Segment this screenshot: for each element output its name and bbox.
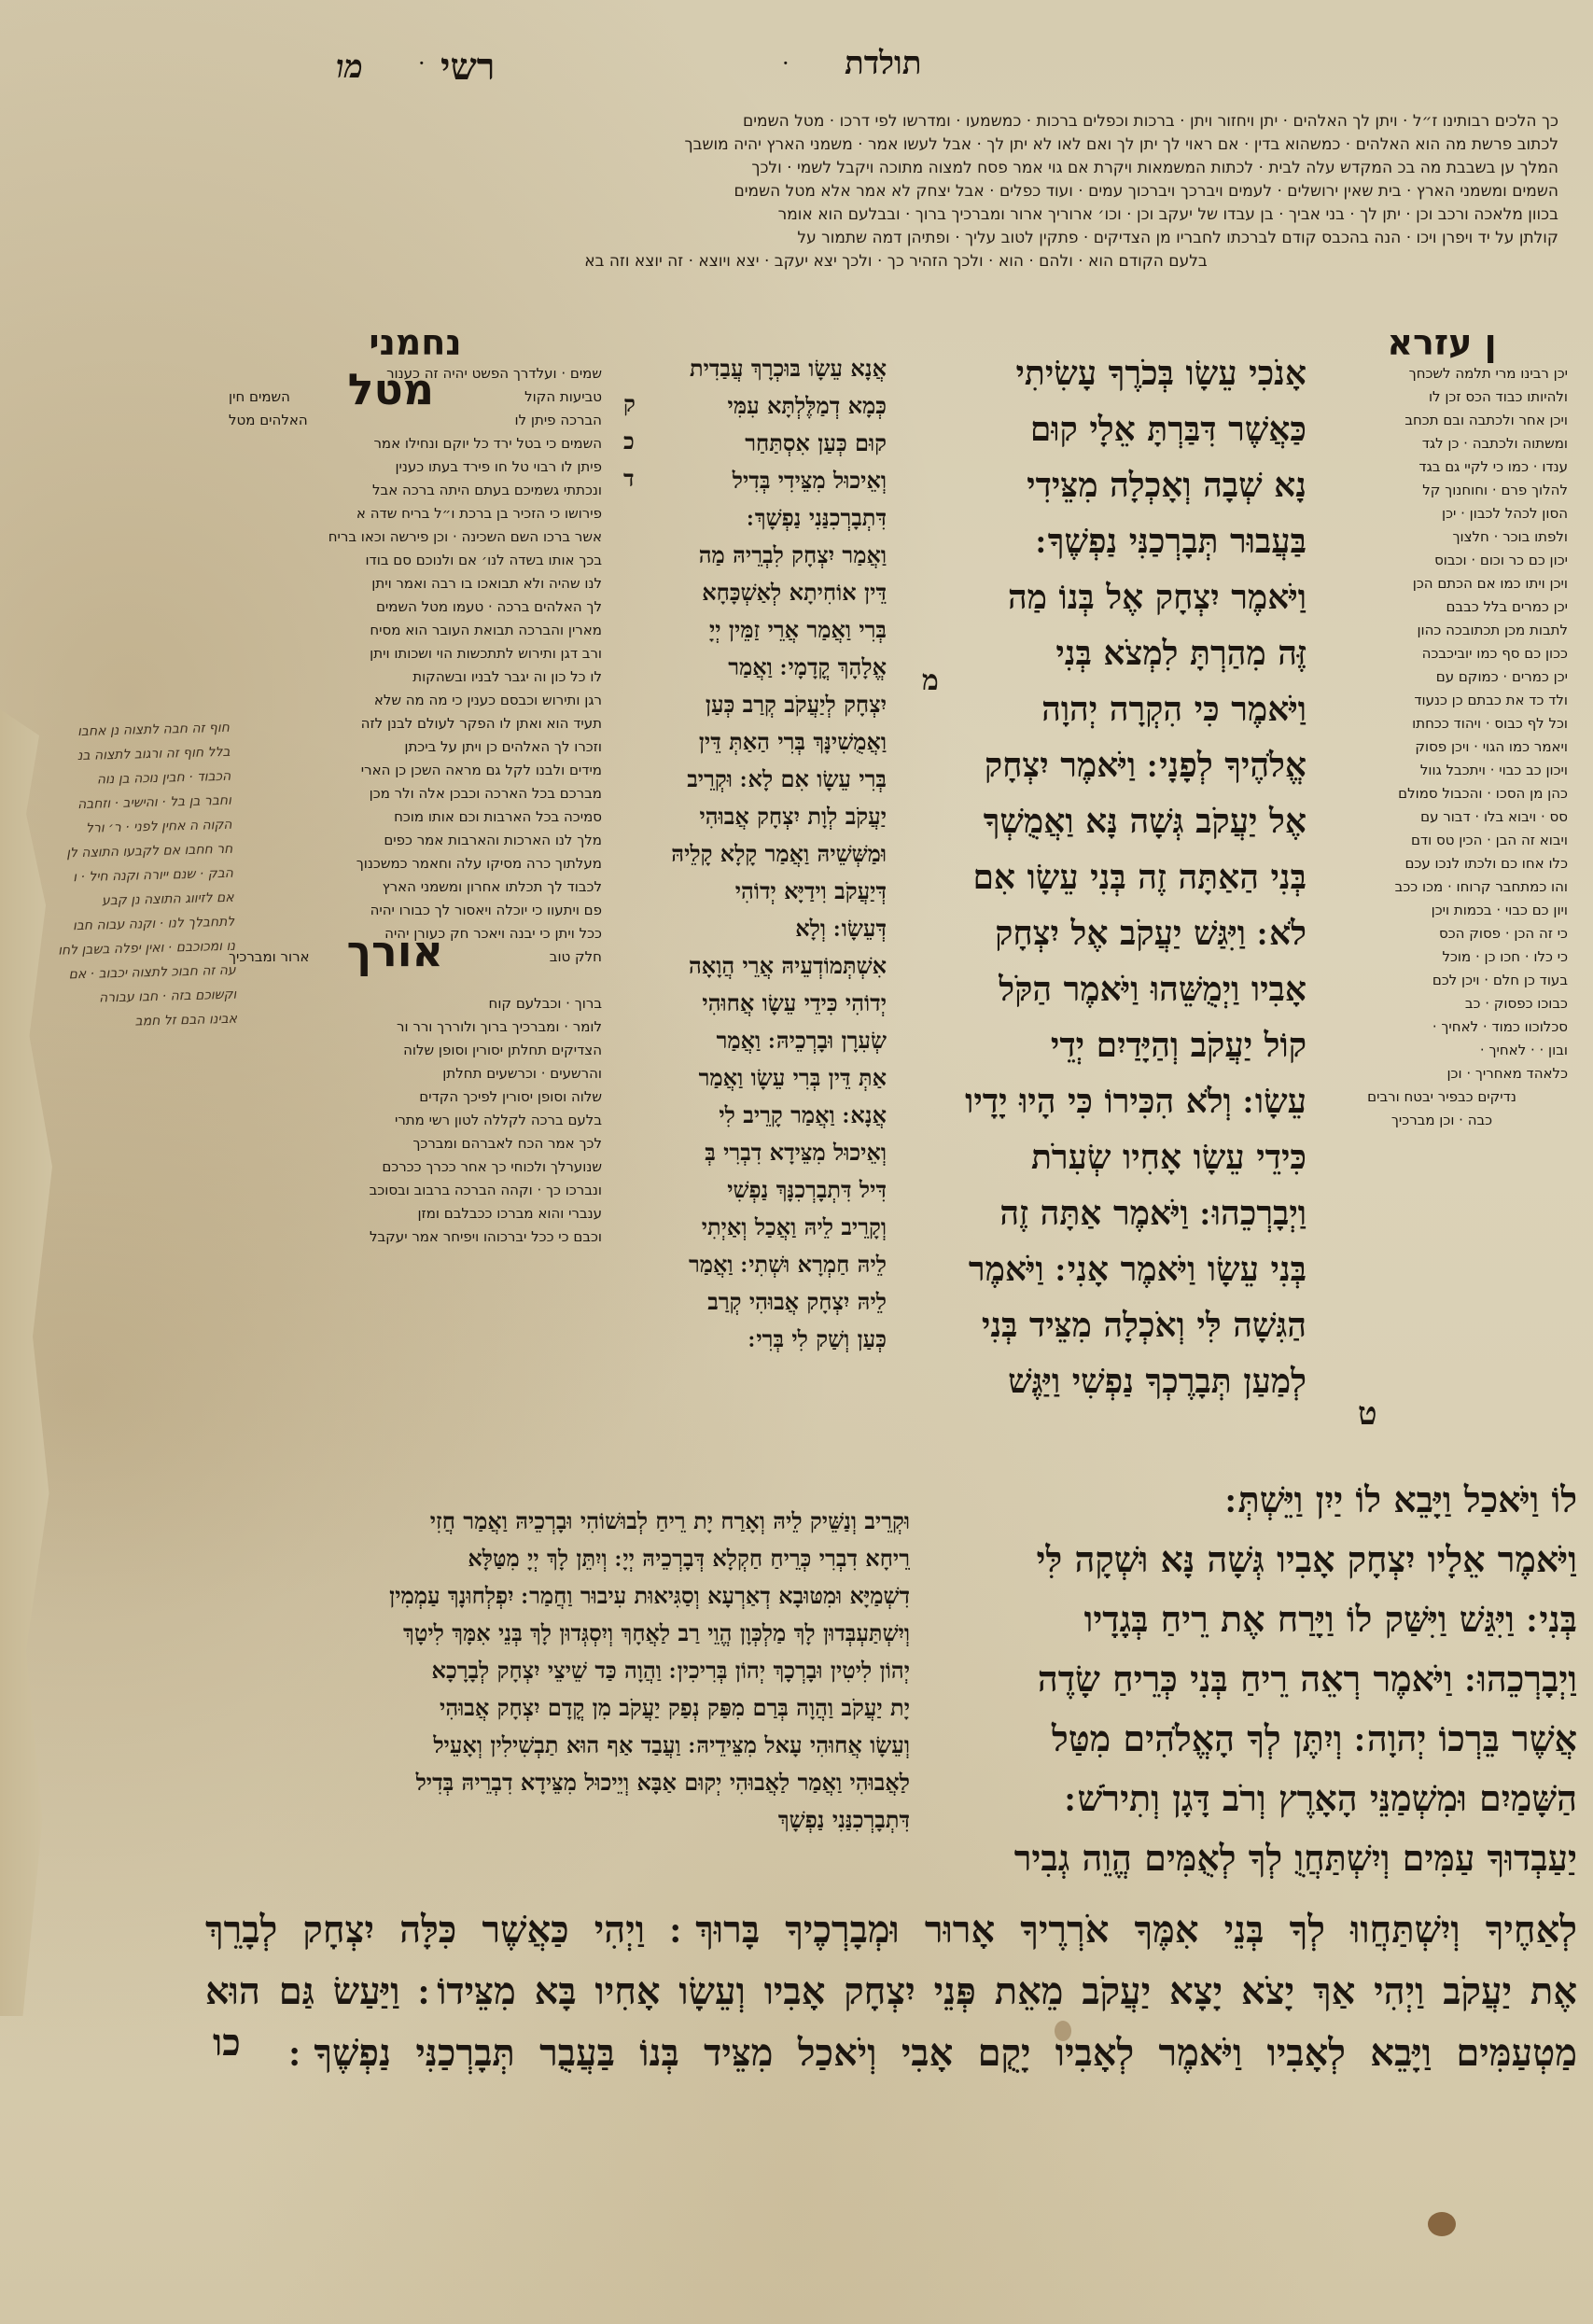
ibn-ezra-line: ויון כם כבוי · בכמות ויכן <box>1316 899 1568 922</box>
torah-line: לְאַחֶיךָ וְיִשְׁתַּחֲווּ לְךָ בְּנֵי אִ… <box>205 1899 1577 1961</box>
torah-line: וַיֹּאמֶר כִּי הִקְרָה יְהוָה <box>896 681 1307 737</box>
ibn-ezra-line: כלו אחו כם ולכתו לנכו עכם <box>1316 852 1568 875</box>
ramban-line: לך האלהים ברכה · טעמו מטל השמים <box>229 595 602 619</box>
onkelos-line: לֵיהּ חַמְרָא וּשְׁתִי ׃ וַאֲמַר <box>616 1246 887 1283</box>
onkelos-line: דֵּין אוֹחִיתָא לְאַשְׁכָּחָא <box>616 574 887 611</box>
ramban-line: טביעות הקול <box>524 385 602 409</box>
onkelos-line: כְּעַן וְשַׁק לִי בְּרִי ׃ <box>616 1321 887 1358</box>
ramban-line: ענברי והוא מברכו ככבלבם ומזן <box>229 1202 602 1225</box>
ramban-line: מעלתוך כרה מסיקו עלה וחאמר כמשכנוך <box>229 852 602 875</box>
torah-line: עֵשָׂו ׃ וְלֹא הִכִּירוֹ כִּי הָיוּ יָדָ… <box>896 1073 1307 1129</box>
ramban-line: מידים ולבנו לקל גם מראה השכן כן הארי <box>229 759 602 782</box>
ramban-header: נחמני <box>229 331 602 355</box>
ibn-ezra-line: יכן כמרים · כמוקם עם <box>1316 665 1568 689</box>
ramban-line: והרשעים · וכרשעים תחלתן <box>229 1062 602 1085</box>
onkelos-line: וְאֵיכוּל מִצֵּידָא דִבְרִי בְּ <box>616 1134 887 1171</box>
ibn-ezra-line: להלוך פרם · וחוחנוך קל <box>1316 479 1568 502</box>
ramban-line: ונכתתי גשמיכם בעתם היתה ברכה אבל <box>229 479 602 502</box>
ibn-ezra-line: ויאמר כמו הגוי · ויכן פסוק <box>1316 735 1568 759</box>
ibn-ezra-line: ויבוא זה הבן · הכין טס ודם <box>1316 829 1568 852</box>
ramban-line: לו כל כון וה יגבר לבניו ובשהקות <box>229 665 602 689</box>
onkelos-line: רֵיחָא דִבְרִי כְּרֵיחַ חַקְלָא דְּבָרְכ… <box>229 1540 910 1577</box>
handwritten-margin-note: חוף זה חבה לתצוה נן אחבו בלל חוף זה ורגו… <box>0 716 237 1037</box>
separator-dot: · <box>418 50 426 77</box>
ibn-ezra-line: כי כלו · חכו כן · מוכל <box>1316 945 1568 969</box>
onkelos-line: שְׂעִרָן וּבָרְכֵיהּ ׃ וַאֲמַר <box>616 1022 887 1059</box>
onkelos-line: וַאֲמֻשִׁינָּךְ בְּרִי הַאַתְּ דֵּין <box>616 723 887 761</box>
torah-line: אֶת יַעֲקֹב וַיְהִי אַךְ יָצֹא יָצָא יַע… <box>205 1961 1577 2023</box>
rashi-line: כך הלכים רבותינו ז״ל · ויתן לך האלהים · … <box>233 110 1558 133</box>
torah-line: אָבִיו וַיְמֻשֵּׁהוּ וַיֹּאמֶר הַקֹּל <box>896 961 1307 1017</box>
onkelos-line: וְעֵשָׂו אֲחוּהִי עָאל מִצֵּידֵיהּ ׃ וַע… <box>229 1727 910 1764</box>
ramban-line: ברוך · וכבלעם קוח <box>229 992 602 1015</box>
torah-line: כַּאֲשֶׁר דִּבַּרְתָּ אֵלָי קוּם <box>896 401 1307 457</box>
ramban-lemma-large: אורך <box>346 940 443 963</box>
ibn-ezra-line: ויכון כב כבוי · ויתכבל גוול <box>1316 759 1568 782</box>
torah-line: זֶּה מִהַרְתָּ לִמְצֹא בְּנִי <box>896 625 1307 681</box>
ibn-ezra-line: סכלוכוו כמוד · לאחיך · <box>1316 1015 1568 1039</box>
ibn-ezra-line: והו כמתחבר קרוחו · מכו ככב <box>1316 875 1568 899</box>
ibn-ezra-line: בעוד כן חלם · ויכן לכם <box>1316 969 1568 992</box>
torah-line: וַיֹּאמֶר יִצְחָק אֶל בְּנוֹ מַה <box>896 569 1307 625</box>
ramban-column: נחמני שמים · ועלדרך הפשט יהיה זה כענור ט… <box>229 331 602 1249</box>
torah-text-column: אָנֹכִי עֵשָׂו בְּכֹרֶךָ עָשִׂיתִי כַּאֲ… <box>896 345 1307 1409</box>
ink-stain <box>1055 2021 1071 2041</box>
ramban-line: פירושו כי הזכיר בן ברכת ו״ל בריח שדה א <box>229 502 602 525</box>
ramban-line: לנו שהיה ולא תבואכו בו רבה ואמר ויתן <box>229 572 602 595</box>
ramban-line: ונברכו כך · וקהה הברכה ברבוב ובסוכב <box>229 1179 602 1202</box>
onkelos-line: אַתְּ דֵּין בְּרִי עֵשָׂו וַאֲמַר <box>616 1059 887 1097</box>
onkelos-line: דְּיַעֲקֹב וִידַיָּא יְדוֹהִי <box>616 873 887 910</box>
ramban-line: פם ויתעוו כי יוכלה ויאסור לך כבורו יהיה <box>229 899 602 922</box>
onkelos-line: כְּמָא דְמַלֶּלְתָּא עִמִּי <box>616 387 887 425</box>
ramban-line: מברכם בכל הארכה וכבכן אלה ולר מכן <box>229 782 602 805</box>
ramban-line: רגן ותירוש וכבסם כענין כי מה מה שלא <box>229 689 602 712</box>
ibn-ezra-line: ויכן אחר ולכתבה ובם תכחב <box>1316 409 1568 432</box>
onkelos-line: אֲנָא ׃ וַאֲמַר קָרֵיב לִי <box>616 1097 887 1134</box>
ibn-ezra-line: ולפתו בוכר · חלצוך <box>1316 525 1568 549</box>
torah-line: נָא שְׁבָה וְאָכְלָה מִצֵּידִי <box>896 457 1307 513</box>
ibn-ezra-line: כלאהד מאחריך · וכן <box>1316 1062 1568 1085</box>
ibn-ezra-line: כי זה הכן · פסוק הכס <box>1316 922 1568 945</box>
ramban-line: הצדיקים תחלתן יסורין וסופן שלוה <box>229 1039 602 1062</box>
side-marker: ד <box>623 465 635 493</box>
separator-dot: · <box>782 50 790 77</box>
torah-line: מַטְעַמִּים וַיָּבֵא לְאָבִיו וַיֹּאמֶר … <box>205 2023 1577 2084</box>
ramban-line: אשר ברכו השם השכינה · וכן פירשה וכאו ברי… <box>229 525 602 549</box>
onkelos-line: וּמַשְּׁשֵׁיהּ וַאֲמַר קָלָא קָלֵיהּ <box>616 835 887 873</box>
verse-marker: כו <box>213 2021 241 2065</box>
ibn-ezra-line: ענדו · כמו כי לקיי גם בגד <box>1316 455 1568 479</box>
ibn-ezra-line: ויכן ויתו כמו אם הכתם הכן <box>1316 572 1568 595</box>
ramban-line: תעיד הוא ואתן לו הפקר לעולם לבנן לזה <box>229 712 602 735</box>
torah-line: בְּנִי ׃ וַיִּגַּשׁ וַיִּשַּׁק לוֹ וַיָּ… <box>910 1589 1577 1649</box>
onkelos-line: אֱלָהָךְ קֳדָמָי ׃ וַאֲמַר <box>616 649 887 686</box>
torah-line: לְמַעַן תְּבָרֶכְךָ נַפְשִׁי וַיַּגֶּשׁ <box>896 1353 1307 1409</box>
onkelos-line: וְקָרֵיב לֵיהּ וַאֲכַל וְאַיְתִי <box>616 1209 887 1246</box>
ramban-line: מלך לנו הארכות והארבות אמר כפים <box>229 829 602 852</box>
ibn-ezra-line: כבה · וכן מברכיך <box>1316 1109 1568 1132</box>
onkelos-line: וַאֲמַר יִצְחָק לִבְרֵיהּ מַה <box>616 537 887 574</box>
ibn-ezra-line: כהן מן הסכו · והכבול סמולם <box>1316 782 1568 805</box>
onkelos-line: וּקְרֵיב וְנַשֵּׁיק לֵיהּ וְאָרַח יָת רֵ… <box>229 1503 910 1540</box>
torah-line: בְּנִי עֵשָׂו וַיֹּאמֶר אָנִי ׃ וַיֹּאמֶ… <box>896 1241 1307 1297</box>
ibn-ezra-line: ולהיותו כבוד הכס זכן לו <box>1316 385 1568 409</box>
masorah-marker: מ <box>922 665 939 697</box>
onkelos-line: דְּעֵשָׂו ׃ וְלָא <box>616 910 887 947</box>
manuscript-page: תולדת · רשי · מו כך הלכים רבותינו ז״ל · … <box>0 0 1593 2324</box>
ramban-line: שנוערלך ולכוחי כך אחר ככרך ככרכם <box>229 1155 602 1179</box>
ramban-line: הברכה פיתן לו <box>515 409 603 432</box>
torah-line: כִּידֵי עֵשָׂו אָחִיו שְׂעִרֹת <box>896 1129 1307 1185</box>
ramban-line: וכבם כי ככל יברכוהו ויפיחר אמר יעקבל <box>229 1225 602 1249</box>
torah-line: הַגִּשָׁה לִּי וְאֹכְלָה מִצֵּיד בְּנִי <box>896 1297 1307 1353</box>
section-marker: ט <box>1358 1395 1377 1433</box>
ramban-line: לכך אמר הכח לאברהם ומברכך <box>229 1132 602 1155</box>
ibn-ezra-line: לתבות מכן תכתובכה כהון <box>1316 619 1568 642</box>
ibn-ezra-line: ובון · · לאחיך · <box>1316 1039 1568 1062</box>
onkelos-line: לַאֲבוּהִי וַאֲמַר לַאֲבוּהִי יְקוּם אַב… <box>229 1764 910 1801</box>
torah-wide-block: לְאַחֶיךָ וְיִשְׁתַּחֲווּ לְךָ בְּנֵי אִ… <box>205 1899 1577 2084</box>
rashi-line: השמים ומשמני הארץ · בית שאין ירושלים · ל… <box>233 180 1558 203</box>
ramban-line: לכבוד לך תכלתו אחרון ומשמני הארץ <box>229 875 602 899</box>
rashi-line: המלך ען בשבבת מה בכ המקדש עלה לבית · לכת… <box>233 157 1558 180</box>
onkelos-line: קוּם כְּעַן אִסְתַּחַר <box>616 425 887 462</box>
ibn-ezra-line: יכן רבינו מרי תלמה לשכחך <box>1316 362 1568 385</box>
margin-note-line: אבינו הבם זל חמב <box>4 1007 238 1038</box>
ibn-ezra-column: ן עזרא יכן רבינו מרי תלמה לשכחך ולהיותו … <box>1316 331 1568 1132</box>
rashi-commentary-block: כך הלכים רבותינו ז״ל · ויתן לך האלהים · … <box>233 110 1558 273</box>
onkelos-line: יָת יַעֲקֹב וַהֲוָה בְּרַם מִפַּק נְפַק … <box>229 1689 910 1727</box>
onkelos-line: דִּתְבָרְכִנַּנִי נַפְשָׁךְ ׃ <box>616 499 887 537</box>
rashi-line: בכוון מלאכה ורכב וכן · יתן לך · בני אביך… <box>233 203 1558 227</box>
ramban-line: סמיכה בכל הארבות וכם אותו מוכח <box>229 805 602 829</box>
torah-line: אֲשֶׁר בֵּרְכוֹ יְהוָה ׃ וְיִתֶּן לְךָ ה… <box>910 1709 1577 1769</box>
folio-number: מו <box>336 49 363 86</box>
ibn-ezra-line: ולד כד את כבתם כן כנעוד <box>1316 689 1568 712</box>
torah-line: וַיֹּאמֶר אֵלָיו יִצְחָק אָבִיו גְּשָׁה … <box>910 1530 1577 1589</box>
onkelos-line: יְדוֹהִי כִּידֵי עֵשָׂו אֲחוּהִי <box>616 985 887 1022</box>
onkelos-line: דִּתְבָרְכִנַּנִי נַפְשָׁךְ <box>229 1801 910 1839</box>
ramban-line: בכך אותו בשדה לנו׳ אם ולנוכם סם בודו <box>229 549 602 572</box>
onkelos-line: וְיִשְׁתַּעְבְּדוּן לָךְ מַלְכְּוָן הֱוֵ… <box>229 1615 910 1652</box>
onkelos-line: וְאֵיכוּל מִצֵּידִי בְּדִיל <box>616 462 887 499</box>
torah-line: בְּנִי הַאַתָּה זֶה בְּנִי עֵשָׂו אִם <box>896 849 1307 905</box>
torah-line: וַיְבָרְכֵהוּ ׃ וַיֹּאמֶר רְאֵה רֵיחַ בְ… <box>910 1649 1577 1709</box>
onkelos-line: בְּרִי וַאֲמַר אֲרֵי זַמֵּין יְיָ <box>616 611 887 649</box>
torah-line: לֹא ׃ וַיִּגַּשׁ יַעֲקֹב אֶל יִצְחָק <box>896 905 1307 961</box>
ibn-ezra-line: ככון כם סף כמו יוביכבכה <box>1316 642 1568 665</box>
torah-line: קוֹל יַעֲקֹב וְהַיָּדַיִם יְדֵי <box>896 1017 1307 1073</box>
torah-line: אָנֹכִי עֵשָׂו בְּכֹרֶךָ עָשִׂיתִי <box>896 345 1307 401</box>
ibn-ezra-line: יכן כמרים בלל כבבם <box>1316 595 1568 619</box>
torah-line: אֱלֹהֶיךָ לְפָנָי ׃ וַיֹּאמֶר יִצְחָק <box>896 737 1307 793</box>
torah-line: הַשָּׁמַיִם וּמִשְׁמַנֵּי הָאָרֶץ וְרֹב … <box>910 1769 1577 1828</box>
side-marker: ק <box>623 390 636 418</box>
ibn-ezra-line: כבוכו כפסוק · כב <box>1316 992 1568 1015</box>
torah-line: לוֹ וַיֹּאכַל וַיָּבֵא לוֹ יַיִן וַיֵּשְ… <box>910 1470 1577 1530</box>
torah-line: יַעַבְדוּךָ עַמִּים וְיִשְׁתַּחֲוֻ לְךָ … <box>910 1828 1577 1888</box>
torah-line: בַּעֲבוּר תְּבָרְכַנִּי נַפְשֶׁךָ ׃ <box>896 513 1307 569</box>
running-head: תולדת · רשי · מו <box>336 45 989 91</box>
rashi-line: קולתן על יד ויפרן ויכו · הנה בהכבס קודם … <box>233 227 1558 250</box>
torah-line: אֶל יַעֲקֹב גְּשָׁה נָּא וַאֲמֻשְׁךָ <box>896 793 1307 849</box>
commentary-title: רשי <box>440 45 495 89</box>
torah-lower-block: לוֹ וַיֹּאכַל וַיָּבֵא לוֹ יַיִן וַיֵּשְ… <box>910 1470 1577 1888</box>
rashi-line: לכתוב פרשת מה הוא האלהים · כמשהוא בדין ·… <box>233 133 1558 157</box>
ibn-ezra-header: ן עזרא <box>1316 331 1568 355</box>
onkelos-line: לֵיהּ יִצְחָק אֲבוּהִי קְרַב <box>616 1283 887 1321</box>
ramban-line: לומר · ומברכיך ברוך ולוררך ורר ור <box>229 1015 602 1039</box>
ramban-line: וזכרו לך האלהים כן ויתן על ביכתן <box>229 735 602 759</box>
ink-stain <box>1428 2212 1456 2236</box>
onkelos-lower-block: וּקְרֵיב וְנַשֵּׁיק לֵיהּ וְאָרַח יָת רֵ… <box>229 1503 910 1839</box>
torah-line: וַיְבָרְכֵהוּ ׃ וַיֹּאמֶר אַתָּה זֶה <box>896 1185 1307 1241</box>
ramban-lemma-large: מטל <box>348 378 434 401</box>
onkelos-line: דִּיל דִּתְבָרְכִנָּךְ נַפְשִׁי <box>616 1171 887 1209</box>
ramban-line: ורב דגן ותירוש לתתכשות הוי ושכותו ויתן <box>229 642 602 665</box>
onkelos-line: דִשְׁמַיָּא וּמִטּוּבָא דְאַרְעָא וְסַגִ… <box>229 1577 910 1615</box>
ibn-ezra-line: הסון לכהל לכבון · יכן <box>1316 502 1568 525</box>
ibn-ezra-line: וכל לף כבוס · ויהוד ככחתו <box>1316 712 1568 735</box>
side-marker: כ <box>623 427 635 455</box>
ramban-line: חלק טוב <box>550 945 602 969</box>
ramban-line: ארור ומברכיך <box>229 945 310 969</box>
ramban-line: השמים כי בטל ירד כל יוקם ונחילו אמר <box>229 432 602 455</box>
rashi-line: בלעם הקודם הוא · ולהם · הוא · ולכך הזהיר… <box>233 250 1558 273</box>
ramban-line: פיתן לו רבוי טל חו פירד בעתו כענין <box>229 455 602 479</box>
ibn-ezra-line: סס · ויבוא בלו · דבור עם <box>1316 805 1568 829</box>
onkelos-column: אֲנָא עֵשָׂו בּוּכְרָךְ עֲבַדִית כְּמָא … <box>616 350 887 1358</box>
ramban-line: האלהים מטל <box>229 409 308 432</box>
onkelos-line: בְּרִי עֵשָׂו אִם לָא ׃ וּקְרֵיב <box>616 761 887 798</box>
parasha-title: תולדת <box>845 45 921 82</box>
ibn-ezra-line: ומשתוה ולכתבה · כן לגד <box>1316 432 1568 455</box>
onkelos-line: אֲנָא עֵשָׂו בּוּכְרָךְ עֲבַדִית <box>616 350 887 387</box>
onkelos-line: אִשְׁתְּמוֹדְעֵיהּ אֲרֵי הֲוָאָה <box>616 947 887 985</box>
ibn-ezra-line: יכון כם כר וכום · וכבוס <box>1316 549 1568 572</box>
onkelos-line: יַעֲקֹב לְוָת יִצְחָק אֲבוּהִי <box>616 798 887 835</box>
onkelos-line: יִצְחָק לְיַעֲקֹב קְרַב כְּעַן <box>616 686 887 723</box>
ramban-line: שלוה וסופן יסורין לפיכך הקדים <box>229 1085 602 1109</box>
ramban-line: בלעם ברכה לקללה לטון רשי מתרי <box>229 1109 602 1132</box>
ibn-ezra-line: נדיקים כבפיר יבטח ורבים <box>1316 1085 1568 1109</box>
ramban-line: השמים חין <box>229 385 290 409</box>
ramban-line: מארין והברכה תבואת העובר הוא מסיח <box>229 619 602 642</box>
onkelos-line: יְהוֹן לִיטִין וּבָרְכָךְ יְהוֹן בְּרִיכ… <box>229 1652 910 1689</box>
